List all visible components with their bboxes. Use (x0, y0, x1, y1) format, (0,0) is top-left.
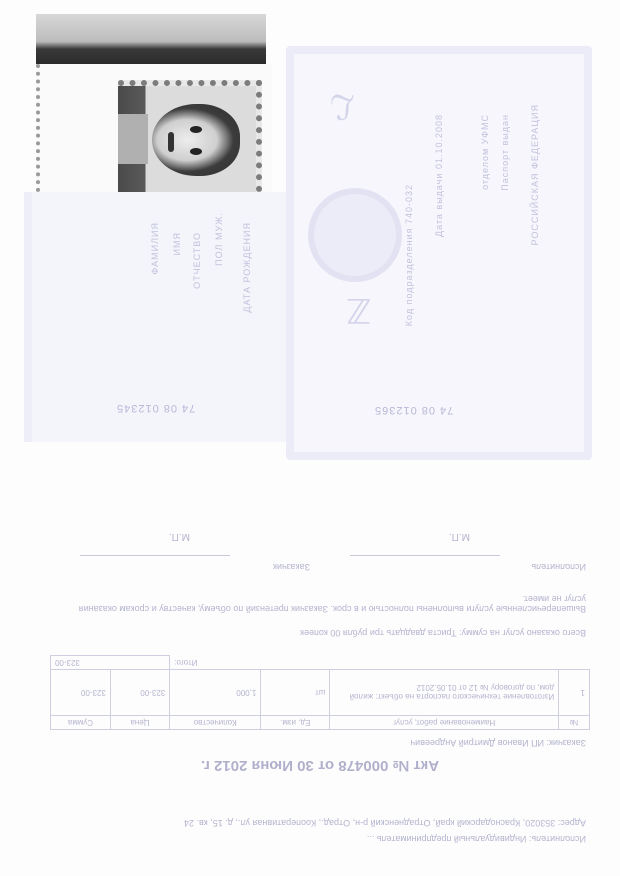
executor-sign-line (350, 555, 500, 556)
total-label: Итого: (170, 656, 590, 670)
address-line: Адрес: 353020, Краснодарский край, Отрад… (184, 818, 586, 828)
passport-cover-strip (36, 14, 266, 64)
table-header-row: № Наименование работ, услуг Ед. изм. Кол… (51, 716, 590, 730)
act-document: Исполнитель: Индивидуальный предпринимат… (40, 496, 600, 852)
table-row: 1 Изготовление технического паспорта на … (51, 670, 590, 716)
passport-field: Код подразделения 740-032 (404, 184, 414, 326)
col-unit: Ед. изм. (261, 716, 330, 730)
cell-price: 323-00 (110, 670, 169, 716)
cell-sum: 323-00 (51, 670, 111, 716)
cell-num: 1 (559, 670, 590, 716)
col-qty: Количество (170, 716, 261, 730)
passport-field: ДАТА РОЖДЕНИЯ (242, 222, 252, 313)
passport-photo (118, 80, 262, 192)
col-price: Цена (110, 716, 169, 730)
cell-unit: шт (261, 670, 330, 716)
passport-header: РОССИЙСКАЯ ФЕДЕРАЦИЯ (530, 104, 540, 245)
passport-field: отделом УФМС (480, 114, 490, 190)
passport-field: Паспорт выдан (500, 114, 510, 191)
passport-field: ФАМИЛИЯ (150, 222, 160, 275)
cell-name: Изготовление технического паспорта на об… (330, 670, 559, 716)
signature-mark: ℤ (346, 290, 371, 330)
services-table: № Наименование работ, услуг Ед. изм. Кол… (50, 655, 590, 730)
passport-seal-stamp (308, 188, 402, 282)
executor-sign-label: Исполнитель (531, 562, 586, 572)
total-row: Итого: 323-00 (51, 656, 590, 670)
mp-stamp-label-left: М.П. (449, 531, 470, 542)
cell-qty: 1,000 (170, 670, 261, 716)
col-num: № (559, 716, 590, 730)
customer-line: Заказчик: ИП Иванов Дмитрий Андреевич (410, 738, 586, 748)
scanned-page: ФАМИЛИЯ ИМЯ ОТЧЕСТВО ПОЛ МУЖ. ДАТА РОЖДЕ… (0, 0, 620, 876)
signature-mark: ℒ (330, 86, 355, 126)
passport-field: ПОЛ МУЖ. (214, 212, 224, 266)
passport-serial-right: 74 08 012365 (374, 404, 453, 416)
passport-serial-left: 74 08 012345 (116, 402, 195, 414)
col-sum: Сумма (51, 716, 111, 730)
act-title: Акт № 000478 от 30 Июня 2012 г. (40, 757, 600, 774)
executor-line: Исполнитель: Индивидуальный предпринимат… (367, 834, 586, 844)
passport-left-page: ФАМИЛИЯ ИМЯ ОТЧЕСТВО ПОЛ МУЖ. ДАТА РОЖДЕ… (24, 192, 294, 442)
passport-field: ИМЯ (172, 232, 182, 255)
passport-field: Дата выдачи 01.10.2008 (434, 114, 444, 237)
col-name: Наименование работ, услуг (330, 716, 559, 730)
total-value: 323-00 (51, 656, 170, 670)
customer-sign-label: Заказчик (273, 562, 310, 572)
customer-sign-line (80, 555, 230, 556)
passport-field: ОТЧЕСТВО (192, 232, 202, 289)
summary-line: Всего оказано услуг на сумму: Триста два… (300, 628, 586, 638)
mp-stamp-label-right: М.П. (169, 531, 190, 542)
statement-line: Вышеперечисленные услуги выполнены полно… (56, 594, 586, 614)
